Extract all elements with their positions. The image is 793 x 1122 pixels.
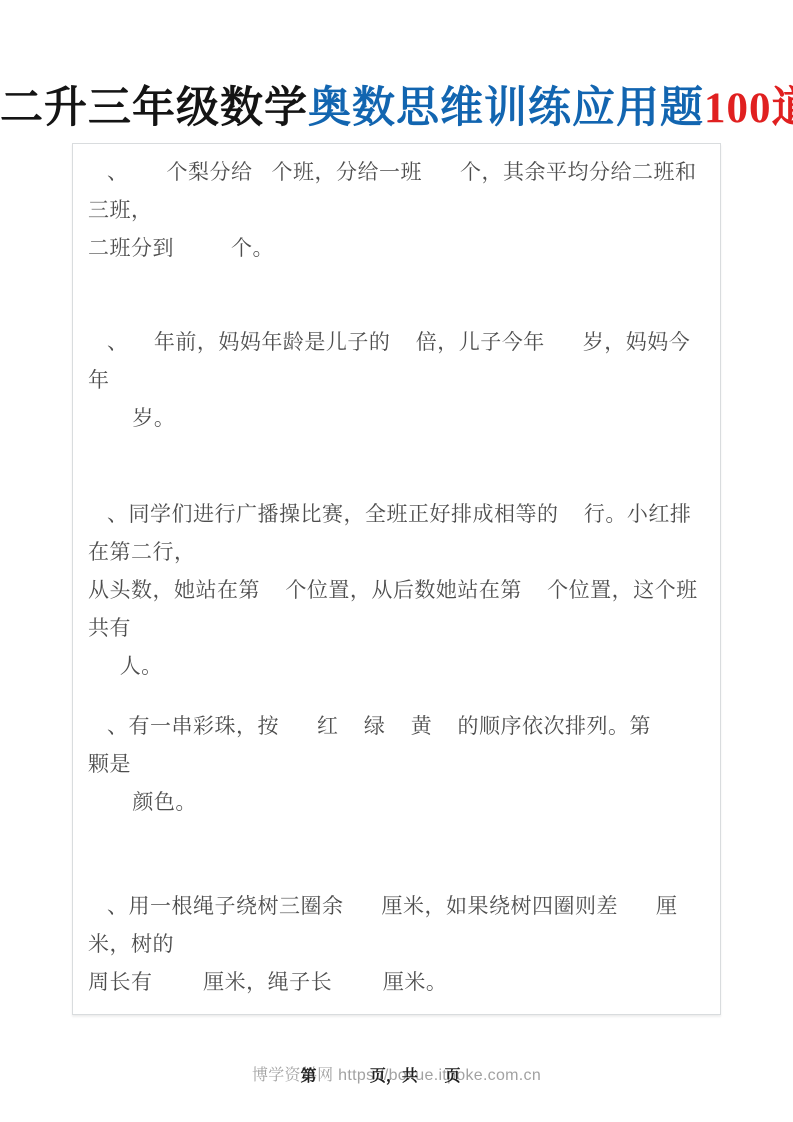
question-3-line-3: 人。 xyxy=(88,648,705,686)
question-5-line-2: 周长有 厘米，绳子长 厘米。 xyxy=(88,964,705,1002)
page-number-label: 第 页，共 页 xyxy=(0,1063,777,1091)
question-4: 、有一串彩珠，按 红 绿 黄 的顺序依次排列。第 颗是 颜色。 xyxy=(88,708,705,822)
question-3-line-2: 从头数，她站在第 个位置，从后数她站在第 个位置，这个班共有 xyxy=(88,572,705,648)
question-1-line-2: 二班分到 个。 xyxy=(88,230,705,268)
question-3: 、同学们进行广播操比赛，全班正好排成相等的 行。小红排在第二行， 从头数，她站在… xyxy=(88,496,705,686)
title-grade-part: 二升三年级数学 xyxy=(0,85,308,132)
document-title: 二升三年级数学奥数思维训练应用题100道 xyxy=(0,81,793,137)
title-subject-part: 奥数思维训练应用题 xyxy=(308,85,704,132)
title-count-part: 100道 xyxy=(704,85,793,132)
question-2: 、 年前，妈妈年龄是儿子的 倍，儿子今年 岁，妈妈今年 岁。 xyxy=(88,324,705,438)
question-4-line-2: 颜色。 xyxy=(88,784,705,822)
document-page: { "title": { "part_black": "二升三年级数学", "p… xyxy=(0,0,793,1122)
question-3-line-1: 、同学们进行广播操比赛，全班正好排成相等的 行。小红排在第二行， xyxy=(88,496,705,572)
question-1: 、 个梨分给 个班，分给一班 个，其余平均分给二班和三班， 二班分到 个。 xyxy=(88,154,705,268)
question-2-line-2: 岁。 xyxy=(88,400,705,438)
question-5: 、用一根绳子绕树三圈余 厘米，如果绕树四圈则差 厘米，树的 周长有 厘米，绳子长… xyxy=(88,888,705,1002)
worksheet-box: 、 个梨分给 个班，分给一班 个，其余平均分给二班和三班， 二班分到 个。 、 … xyxy=(72,143,721,1015)
question-2-line-1: 、 年前，妈妈年龄是儿子的 倍，儿子今年 岁，妈妈今年 xyxy=(88,324,705,400)
page-footer: 博学资料网 https://boxue.itpoke.com.cn 第 页，共 … xyxy=(0,1058,793,1094)
question-5-line-1: 、用一根绳子绕树三圈余 厘米，如果绕树四圈则差 厘米，树的 xyxy=(88,888,705,964)
question-4-line-1: 、有一串彩珠，按 红 绿 黄 的顺序依次排列。第 颗是 xyxy=(88,708,705,784)
question-1-line-1: 、 个梨分给 个班，分给一班 个，其余平均分给二班和三班， xyxy=(88,154,705,230)
